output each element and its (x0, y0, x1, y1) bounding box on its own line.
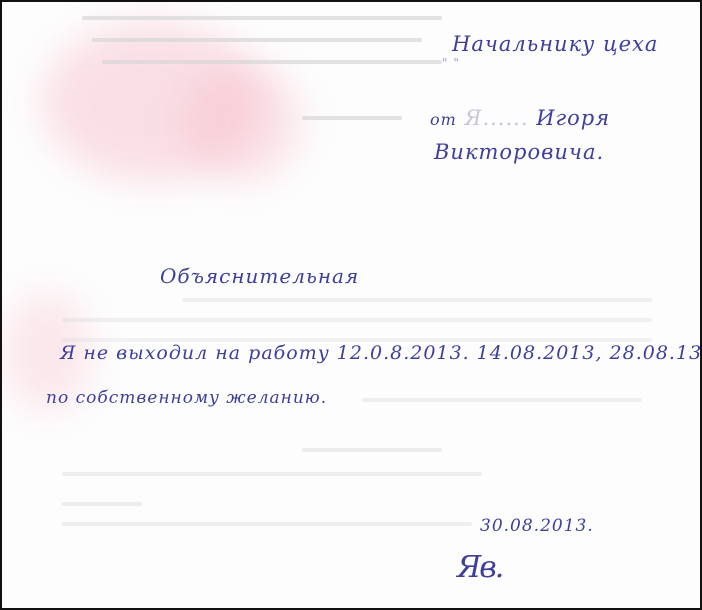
show-through-line (92, 38, 422, 42)
addressee-quotes: " " (442, 56, 460, 70)
show-through-line (82, 16, 442, 20)
signature-date: 30.08.2013. (480, 516, 594, 536)
show-through-line (62, 502, 142, 506)
from-prefix: от (430, 110, 457, 129)
body-line-1: Я не выходил на работу 12.0.8.2013. 14.0… (60, 342, 702, 364)
show-through-line (102, 60, 442, 64)
addressee-line: Начальнику цеха (452, 32, 658, 56)
show-through-line (302, 448, 442, 452)
from-patronymic: Викторовича. (434, 140, 604, 164)
pink-smudge (182, 62, 302, 182)
from-given-name: Игоря (536, 106, 610, 130)
signature: Яв. (457, 550, 502, 585)
show-through-line (302, 116, 402, 120)
show-through-line (62, 318, 652, 322)
from-line: от Я...... Игоря (430, 106, 610, 130)
show-through-line (62, 522, 472, 526)
show-through-line (62, 472, 482, 476)
show-through-line (362, 398, 642, 402)
body-line-2: по собственному желанию. (46, 388, 327, 408)
from-surname: Я...... (465, 106, 529, 130)
show-through-line (182, 298, 652, 302)
scanned-document-page: Начальнику цеха " " от Я...... Игоря Вик… (0, 0, 702, 610)
document-title: Объяснительная (160, 264, 359, 288)
